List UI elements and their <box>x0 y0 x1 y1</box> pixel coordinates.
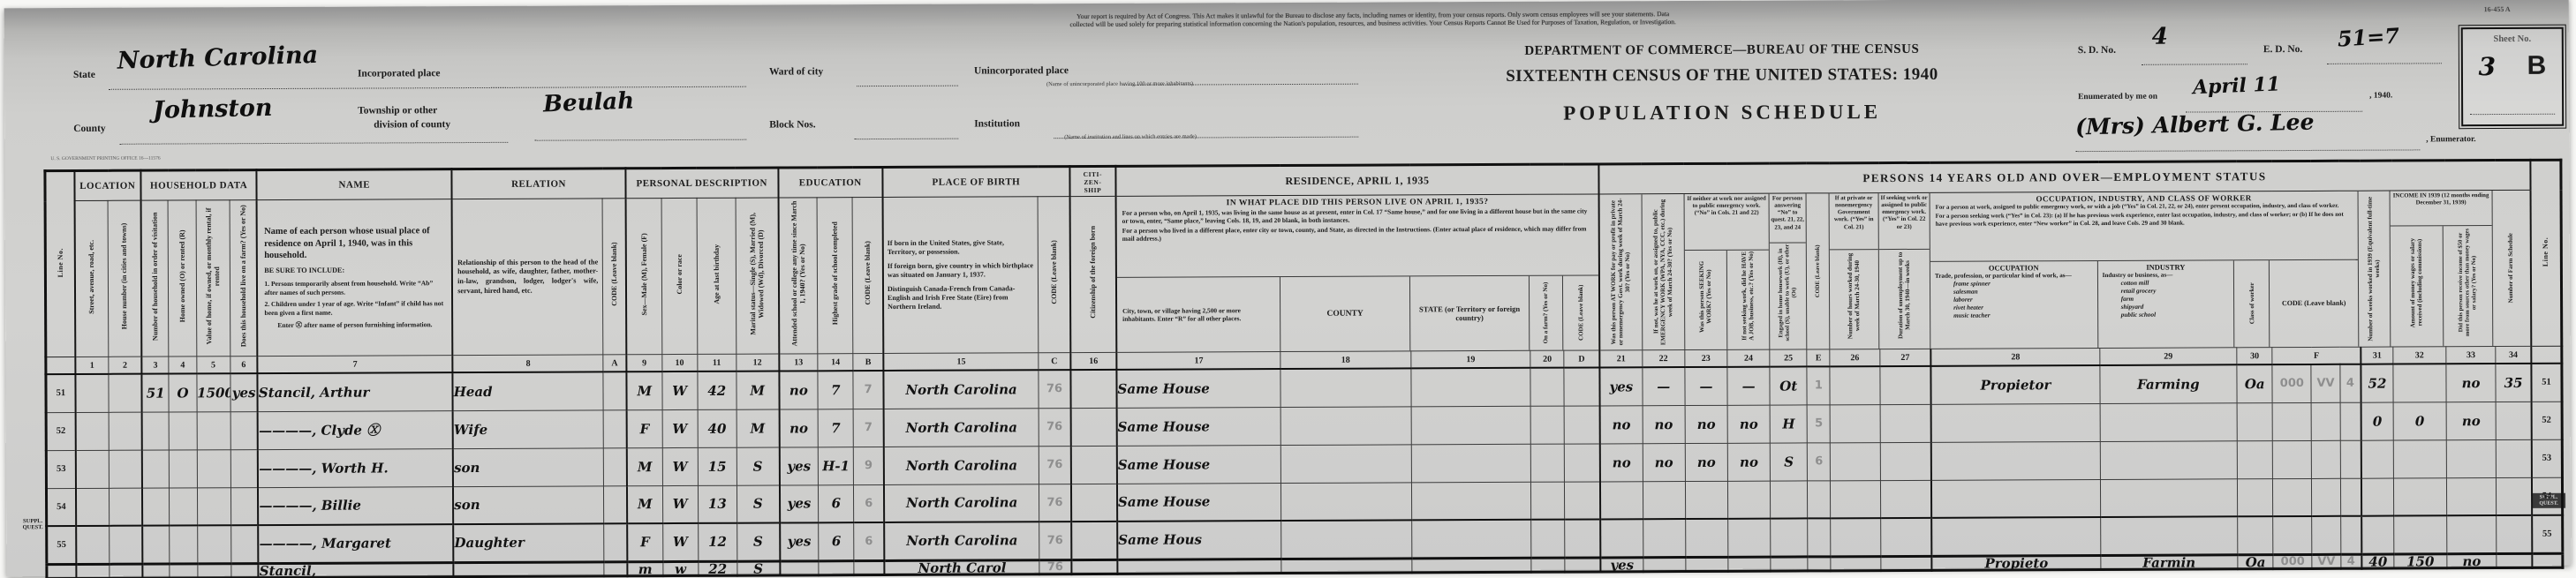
col-num-11: 11 <box>698 354 737 372</box>
col-num-19: 19 <box>1411 350 1531 368</box>
table-cell-col25: no <box>1600 405 1643 443</box>
block-label: Block Nos. <box>769 119 815 130</box>
table-cell-col25: yes <box>1600 557 1643 571</box>
table-cell-col19 <box>1071 522 1117 559</box>
col14-grade-header: Highest grade of school completed <box>817 198 853 354</box>
table-cell-col6 <box>230 525 258 563</box>
table-cell-col34 <box>2100 516 2238 555</box>
clipped-cell-content <box>1728 558 1770 569</box>
occupation-title: OCCUPATION <box>1930 261 2097 273</box>
col-num-3: 3 <box>141 357 169 374</box>
birthplace-description: If born in the United States, give State… <box>884 236 1039 314</box>
table-cell-col21 <box>1281 558 1412 573</box>
clipped-cell-content <box>1686 558 1727 569</box>
table-cell-col30: 5 <box>1807 404 1830 442</box>
col8-relation-header: Relationship of this person to the head … <box>452 199 603 356</box>
col-num-31: 31 <box>2361 347 2392 364</box>
place-of-birth-group: PLACE OF BIRTH <box>882 167 1069 198</box>
table-cell-col35: Oa <box>2237 364 2272 402</box>
col-num-18: 18 <box>1280 351 1411 369</box>
clipped-cell-content: 000 <box>2274 555 2312 567</box>
ward-rule <box>857 77 958 87</box>
col6-farm-header: Does this household live on a farm? (Yes… <box>230 200 258 357</box>
unincorporated-caption: (Name of unincorporated place having 100… <box>1046 80 1193 87</box>
county-label: County <box>73 124 105 134</box>
table-cell-col26 <box>1643 519 1685 557</box>
table-cell-col33: Propieto <box>1932 555 2101 570</box>
table-cell-col38 <box>2340 440 2361 478</box>
table-cell-col10: M <box>626 372 661 409</box>
table-cell-col15: 7 <box>818 371 853 409</box>
table-cell-col9 <box>604 447 627 485</box>
table-cell-col8: Head <box>453 372 604 410</box>
table-cell-col34 <box>2100 478 2238 517</box>
table-cell-col8 <box>454 561 605 576</box>
county-col-label: COUNTY <box>1326 310 1363 319</box>
marital-label: Marital status—Single (S), Married (M), … <box>749 199 766 348</box>
table-cell-col9 <box>603 372 626 409</box>
occupation-examples: frame spinner salesman laborer rivet hea… <box>1930 280 2097 320</box>
table-cell-col26: — <box>1643 367 1685 405</box>
table-cell-col22 <box>1411 406 1531 445</box>
neither-work-caption: If neither at work nor assigned to publi… <box>1685 194 1769 251</box>
table-cell-col3 <box>142 526 170 564</box>
table-cell-col9 <box>604 523 627 561</box>
age-label: Age at last birthday <box>712 244 720 304</box>
clipped-cell-content <box>605 563 627 574</box>
schedule-title: POPULATION SCHEDULE <box>1382 100 2062 125</box>
name-include-text: BE SURE TO INCLUDE: <box>264 266 445 276</box>
clipped-cell-content <box>1072 560 1116 572</box>
industry-title: INDUSTRY <box>2098 260 2234 272</box>
industry-examples: cotton mill retail grocery farm shipyard… <box>2098 279 2234 319</box>
table-cell-col39: 40 <box>2361 554 2393 568</box>
table-cell-col35 <box>2237 440 2272 478</box>
table-cell-col17: North Carolina <box>884 446 1039 484</box>
table-cell-col21 <box>1281 482 1412 521</box>
code-d-label: CODE (Leave blank) <box>1577 285 1584 341</box>
col-num-33: 33 <box>2446 347 2496 364</box>
table-cell-col7: ————, Clyde Ⓧ <box>258 410 453 449</box>
confidentiality-notice: Your report is required by Act of Congre… <box>623 8 2124 31</box>
table-cell-col0: 53 <box>46 450 75 488</box>
form-number: 16-455 A <box>2484 5 2511 13</box>
table-cell-col10: F <box>627 523 662 561</box>
clipped-cell-content: VV <box>2313 555 2340 567</box>
birthplace-note-2: If foreign born, give country in which b… <box>888 261 1034 280</box>
table-cell-col27 <box>1686 557 1728 571</box>
enumerator-name: (Mrs) Albert G. Lee <box>2075 109 2315 140</box>
school-label: Attended school or college any time sinc… <box>789 199 806 348</box>
table-cell-col2 <box>110 488 142 526</box>
table-cell-col13: S <box>737 485 779 523</box>
clipped-cell-content <box>48 565 75 576</box>
table-cell-col29: Ot <box>1770 366 1807 404</box>
birthplace-note-3: Distinguish Canada-French from Canada-En… <box>888 284 1034 312</box>
clipped-cell-content: 22 <box>699 562 737 574</box>
table-cell-col37 <box>2312 402 2340 440</box>
table-cell-col32 <box>1880 518 1931 556</box>
block-rule <box>854 130 958 140</box>
answering-no-caption: For persons answering “No” to quest. 21,… <box>1770 193 1806 243</box>
census-sheet: Your report is required by Act of Congre… <box>4 0 2572 576</box>
table-cell-col5 <box>197 487 230 525</box>
table-cell-col27 <box>1686 519 1728 557</box>
table-cell-col36 <box>2273 478 2312 516</box>
sheet-value: 3 <box>2479 52 2497 81</box>
grade-label: Highest grade of school completed <box>831 221 840 325</box>
clipped-cell-content: 76 <box>1040 561 1071 573</box>
table-cell-col41 <box>2446 439 2496 477</box>
table-cell-col30: 1 <box>1807 366 1830 404</box>
clipped-cell-content <box>1118 560 1280 573</box>
relation-group: RELATION <box>452 169 626 199</box>
table-cell-col41 <box>2446 477 2496 515</box>
table-cell-col5: 1500 <box>197 373 230 411</box>
citizenship-label: Citizenship of the foreign born <box>1089 226 1098 319</box>
sex-label: Sex—Male (M), Female (F) <box>639 233 648 315</box>
table-cell-col20: Same House <box>1117 407 1281 446</box>
table-cell-col16: 9 <box>854 447 884 484</box>
table-cell-col40 <box>2393 364 2446 402</box>
table-cell-col27: no <box>1685 405 1727 443</box>
table-cell-col4 <box>170 487 197 525</box>
table-cell-col7: ————, Worth H. <box>258 448 453 487</box>
table-cell-col14: yes <box>780 484 819 522</box>
table-cell-col16: 7 <box>853 409 883 447</box>
col-num-13: 13 <box>779 354 818 372</box>
col28-occupation-header: OCCUPATION Trade, profession, or particu… <box>1930 261 2098 349</box>
table-cell-col33 <box>1931 441 2100 480</box>
census-table-body: 5151O1500yesStancil, ArthurHeadMW42Mno77… <box>46 364 2563 578</box>
race-label: Color or race <box>675 254 683 295</box>
table-cell-col22 <box>1411 520 1531 559</box>
clipped-cell-content <box>855 561 884 573</box>
table-cell-col3 <box>142 488 170 526</box>
table-cell-col19 <box>1071 484 1117 522</box>
table-cell-col32 <box>1880 366 1931 404</box>
clipped-cell-content <box>77 565 110 576</box>
table-cell-col22 <box>1411 368 1531 407</box>
col-num-27: 27 <box>1879 349 1930 366</box>
table-cell-col4 <box>170 449 197 487</box>
col-num-F: F <box>2272 347 2361 364</box>
table-cell-col20: Same House <box>1117 483 1281 522</box>
birthplace-note-1: If born in the United States, give State… <box>888 238 1034 257</box>
enumeration-year: , 1940. <box>2369 92 2392 101</box>
table-cell-col2 <box>110 564 142 578</box>
residence-note-1: For a person who, on April 1, 1935, was … <box>1117 206 1598 225</box>
enumerator-rule <box>2075 140 2420 152</box>
residence-group: RESIDENCE, APRIL 1, 1935 <box>1115 164 1598 196</box>
table-cell-col18: 76 <box>1039 408 1070 446</box>
col4-owned-rented-header: Home owned (O) or rented (R) <box>169 200 197 357</box>
table-cell-col9 <box>604 485 627 523</box>
clipped-cell-content: 150 <box>2394 555 2446 567</box>
table-cell-col25 <box>1600 519 1643 557</box>
have-job-label: If not seeking work, did he HAVE A JOB, … <box>1741 251 1756 342</box>
table-cell-col15: H-1 <box>818 447 853 484</box>
weeks-worked-label: Number of weeks worked in 1939 (Equivale… <box>2367 195 2382 343</box>
clipped-cell-content: Oa <box>2238 556 2272 567</box>
table-cell-col24 <box>1565 557 1600 571</box>
table-cell-col24 <box>1565 519 1600 557</box>
table-cell-col31 <box>1831 404 1880 442</box>
table-cell-col17: North Carolina <box>883 370 1039 409</box>
table-cell-col35 <box>2237 402 2272 440</box>
relation-description: Relationship of this person to the head … <box>453 255 602 298</box>
clipped-cell-content: Farmin <box>2101 556 2238 568</box>
table-cell-col18: 76 <box>1039 559 1071 574</box>
table-cell-col34: Farmin <box>2100 554 2238 569</box>
income-group-caption: INCOME IN 1939 (12 months ending Decembe… <box>2391 191 2492 227</box>
col-num-25: 25 <box>1770 349 1807 367</box>
col31-weeks-header: Number of weeks worked in 1939 (Equivale… <box>2359 191 2391 347</box>
table-cell-col6 <box>231 563 259 577</box>
ward-label: Ward of city <box>769 66 823 77</box>
table-cell-col11: W <box>662 409 698 447</box>
table-cell-col9 <box>604 561 627 575</box>
table-cell-col40: 0 <box>2393 402 2446 439</box>
table-cell-col8: Wife <box>453 409 604 448</box>
table-cell-col28 <box>1728 519 1771 557</box>
table-cell-col41: no <box>2447 553 2497 567</box>
table-cell-col22 <box>1411 444 1531 483</box>
table-cell-col31 <box>1831 518 1880 556</box>
table-cell-col10: m <box>627 561 662 575</box>
col16-citizenship-header: Citizenship of the foreign born <box>1069 196 1116 352</box>
table-cell-col2 <box>109 374 141 412</box>
table-cell-col33 <box>1931 479 2100 518</box>
table-cell-col3: 51 <box>141 374 169 412</box>
table-cell-col6 <box>230 449 258 487</box>
table-cell-col12: 42 <box>698 372 737 409</box>
census-title: SIXTEENTH CENSUS OF THE UNITED STATES: 1… <box>1382 64 2062 86</box>
table-cell-col0: 52 <box>46 412 75 450</box>
clipped-cell-content <box>170 565 197 576</box>
col-num-14: 14 <box>818 354 853 372</box>
household-number-label: Number of household in order of visitati… <box>151 212 160 341</box>
table-cell-col10: M <box>627 447 662 485</box>
table-cell-col39: 52 <box>2361 364 2393 402</box>
sheet-label: Sheet No. <box>2463 34 2562 44</box>
table-cell-col37 <box>2312 440 2340 478</box>
col30-class-header: Class of worker <box>2234 260 2270 347</box>
col-num-29: 29 <box>2099 348 2237 365</box>
table-cell-col43: 54 <box>2532 477 2563 515</box>
col-num-34: 34 <box>2496 346 2531 364</box>
enumeration-date: April 11 <box>2193 72 2281 99</box>
table-cell-col28 <box>1728 557 1771 571</box>
clipped-cell-content <box>1566 559 1600 570</box>
table-cell-col42 <box>2497 477 2533 515</box>
table-cell-col27: no <box>1685 443 1727 481</box>
col-num-10: 10 <box>661 354 697 372</box>
table-cell-col11: W <box>662 523 698 561</box>
sd-rule <box>2142 55 2247 65</box>
table-cell-col2 <box>109 412 141 450</box>
line-no-right-header: Line No. <box>2530 160 2561 346</box>
table-cell-col17: North Carol <box>884 559 1039 574</box>
enumerated-label: Enumerated by me on <box>2078 93 2157 101</box>
col29-industry-header: INDUSTRY Industry or business, as— cotto… <box>2098 260 2235 348</box>
table-cell-col30 <box>1808 480 1831 518</box>
wages-label: Amount of money wages or salary received… <box>2409 226 2424 339</box>
name-column-description: Name of each person whose usual place of… <box>258 221 451 334</box>
institution-label: Institution <box>974 118 1020 129</box>
table-cell-col36: 000 <box>2273 554 2312 568</box>
citizenship-group-label: CITI- ZEN- SHIP <box>1078 169 1107 193</box>
table-cell-col19 <box>1070 370 1116 408</box>
table-cell-col14: no <box>779 371 818 409</box>
col-num-21: 21 <box>1599 350 1642 368</box>
table-cell-col5 <box>197 525 230 563</box>
table-cell-col40 <box>2393 477 2446 515</box>
table-cell-col1 <box>75 374 109 412</box>
clipped-cell-content: m <box>628 563 662 574</box>
table-cell-col25: no <box>1600 443 1643 481</box>
table-cell-col26 <box>1643 557 1686 571</box>
clipped-cell-content <box>1643 559 1685 570</box>
table-cell-col0: 55 <box>47 526 76 564</box>
col3-household-number-header: Number of household in order of visitati… <box>140 200 169 357</box>
institution-caption: (Name of institution and lines on which … <box>1064 133 1197 140</box>
col-num-2: 2 <box>109 357 141 374</box>
col-num-28: 28 <box>1931 348 2100 365</box>
table-cell-col29 <box>1771 480 1808 518</box>
street-label: Street, avenue, road, etc. <box>87 239 96 313</box>
table-cell-col43: 53 <box>2532 439 2563 477</box>
table-cell-col37 <box>2312 478 2340 516</box>
name-note-1: 1. Persons temporarily absent from house… <box>264 279 445 297</box>
table-cell-col14: yes <box>780 522 819 560</box>
col-num-15: 15 <box>883 353 1039 371</box>
residence-note-2: For a person who lived in a different pl… <box>1117 224 1598 244</box>
table-cell-col14: yes <box>779 447 818 484</box>
table-cell-col15 <box>819 560 854 574</box>
table-cell-col7: ————, Billie <box>258 486 453 525</box>
clipped-cell-content <box>455 563 604 575</box>
sheet-rule <box>2470 105 2555 115</box>
clipped-cell-content <box>143 565 170 576</box>
table-cell-col21 <box>1280 368 1411 407</box>
city-label: City, town, or village having 2,500 or m… <box>1117 305 1280 324</box>
clipped-cell-content: no <box>2447 555 2496 567</box>
clipped-cell-content: 40 <box>2362 555 2393 567</box>
table-cell-col29 <box>1771 518 1808 556</box>
table-cell-col43: 55 <box>2532 515 2563 553</box>
col-num-12: 12 <box>737 354 779 372</box>
state-col-label: STATE (or Territory or foreign country) <box>1410 304 1529 323</box>
col22-emergency-work-header: If not, was he at work on, or assigned t… <box>1643 194 1686 349</box>
col19-state-header: STATE (or Territory or foreign country) <box>1410 276 1530 351</box>
clipped-cell-content: yes <box>1601 559 1643 570</box>
at-work-label: Was this person AT WORK for pay or profi… <box>1610 198 1632 346</box>
table-cell-col29 <box>1771 556 1808 570</box>
col-num-B: B <box>853 353 883 371</box>
income-subgroup: INCOME IN 1939 (12 months ending Decembe… <box>2391 191 2494 347</box>
num-blank-left <box>46 357 75 374</box>
table-cell-col39 <box>2361 440 2393 478</box>
table-cell-col17: North Carolina <box>884 522 1039 560</box>
table-cell-col37: VV <box>2312 554 2340 568</box>
code-c-label: CODE (Leave blank) <box>1050 240 1059 304</box>
table-cell-col33 <box>1932 517 2101 556</box>
table-cell-col22 <box>1412 558 1532 573</box>
col-num-6: 6 <box>230 357 258 374</box>
house-number-label: House number (in cities and towns) <box>120 223 129 330</box>
table-cell-col37: VV <box>2311 364 2339 402</box>
col-num-C: C <box>1039 353 1070 371</box>
clipped-cell-content: 4 <box>2341 555 2361 567</box>
table-cell-col28: no <box>1727 443 1770 481</box>
table-cell-col33 <box>1931 403 2100 442</box>
screenshot-root: { "form": { "small_print_line1": "Your r… <box>0 0 2576 578</box>
clipped-cell-content: Propieto <box>1933 556 2100 568</box>
table-cell-col18: 76 <box>1039 370 1070 408</box>
table-cell-col1 <box>76 488 110 526</box>
notice-line-2: collected will be used solely for prepar… <box>1069 18 1675 28</box>
suppl-left-2: QUEST. <box>23 525 43 531</box>
colD-code-header: CODE (Leave blank) <box>1563 275 1598 349</box>
other-income-label: Did this person receive income of $50 or… <box>2458 226 2478 339</box>
table-cell-col31 <box>1831 480 1880 518</box>
code-b-label: CODE (Leave blank) <box>864 241 873 304</box>
clipped-cell-content <box>1881 557 1931 568</box>
table-cell-col34 <box>2100 402 2238 441</box>
table-cell-col6: yes <box>230 373 258 411</box>
table-cell-col10: M <box>627 485 662 523</box>
code-e-label: CODE (Leave blank) <box>1815 245 1822 298</box>
hours-worked-label: Number of hours worked during week of Ma… <box>1847 250 1862 342</box>
farm35-label: On a farm? (Yes or No) <box>1542 282 1549 344</box>
table-cell-col22 <box>1411 482 1531 521</box>
table-cell-col13: S <box>737 561 780 575</box>
colF-code-header: CODE (Leave blank) <box>2270 260 2358 347</box>
state-label: State <box>73 70 95 80</box>
col25-other-status-header: For persons answering “No” to quest. 21,… <box>1770 193 1808 349</box>
column-description-row: Street, avenue, road, etc. House number … <box>45 190 2562 357</box>
table-cell-col2 <box>110 526 142 564</box>
table-cell-col32 <box>1880 442 1931 480</box>
table-cell-col31 <box>1831 442 1880 480</box>
household-data-group: HOUSEHOLD DATA <box>140 170 257 201</box>
gpo-imprint: U. S. GOVERNMENT PRINTING OFFICE 16—1157… <box>50 156 160 162</box>
sheet-letter: B <box>2527 51 2546 81</box>
table-cell-col43 <box>2532 553 2563 567</box>
table-cell-col40: 150 <box>2394 553 2447 567</box>
table-cell-col7: Stancil, Arthur <box>258 372 453 411</box>
table-cell-col28: — <box>1727 367 1770 405</box>
table-cell-col32 <box>1880 556 1931 570</box>
seeking-caption: If seeking work or assigned to public em… <box>1879 193 1930 250</box>
colC-code-header: CODE (Leave blank) <box>1038 197 1070 353</box>
table-cell-col16: 7 <box>853 371 883 409</box>
table-cell-col3 <box>142 450 170 488</box>
table-cell-col23 <box>1531 482 1565 520</box>
table-cell-col30: 6 <box>1808 442 1831 480</box>
table-cell-col5 <box>197 449 230 487</box>
table-cell-col11: W <box>662 485 698 523</box>
table-cell-col0: 54 <box>46 488 75 526</box>
clipped-cell-content <box>781 562 819 574</box>
name-note-2: 2. Children under 1 year of age. Write “… <box>264 300 445 319</box>
clipped-cell-content <box>1282 559 1412 572</box>
clipped-cell-content: S <box>737 562 779 574</box>
table-cell-col30 <box>1808 556 1831 570</box>
class-of-worker-label: Class of worker <box>2248 283 2255 325</box>
col27-unemployment-header: If seeking work or assigned to public em… <box>1879 193 1931 349</box>
